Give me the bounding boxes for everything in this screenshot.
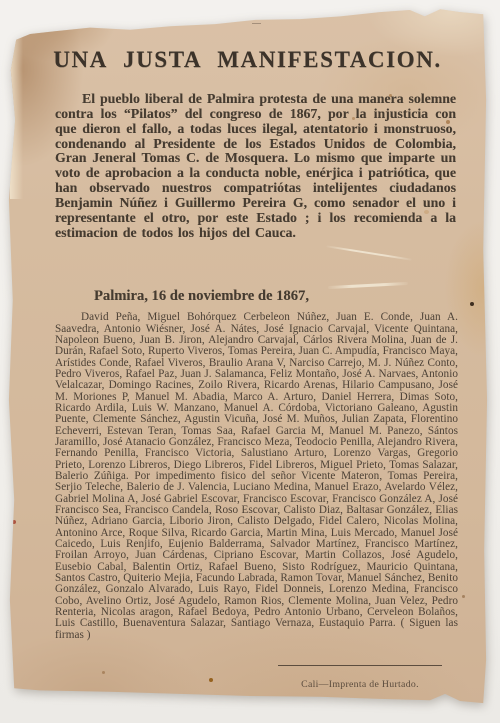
foxing-spot bbox=[12, 520, 16, 524]
broadside-paper: UNA JUSTA MANIFESTACION. El pueblo liber… bbox=[6, 5, 489, 713]
foxing-spot bbox=[209, 678, 213, 682]
foxing-spot bbox=[102, 671, 105, 674]
handwritten-mark bbox=[252, 18, 261, 24]
paper-shadow-wrapper: UNA JUSTA MANIFESTACION. El pueblo liber… bbox=[0, 0, 500, 723]
impediment-note: Por impedimento fisico del señor Vicente… bbox=[55, 470, 458, 629]
imprint-divider bbox=[278, 665, 442, 666]
foxing-spot bbox=[470, 302, 474, 306]
foxing-spot bbox=[462, 595, 465, 598]
dateline: Palmira, 16 de noviembre de 1867, bbox=[94, 288, 309, 305]
printer-imprint: Cali—Imprenta de Hurtado. bbox=[258, 679, 462, 690]
document-title: UNA JUSTA MANIFESTACION. bbox=[6, 47, 489, 73]
scratch-mark bbox=[326, 245, 411, 261]
foxing-spot bbox=[352, 117, 355, 120]
signatories-paragraph: David Peña, Miguel Bohórquez Cerbeleon N… bbox=[55, 312, 458, 641]
signatories-list: David Peña, Miguel Bohórquez Cerbeleon N… bbox=[55, 311, 458, 482]
scratch-mark bbox=[328, 282, 408, 289]
proclamation-paragraph: El pueblo liberal de Palmira protesta de… bbox=[55, 92, 456, 241]
foxing-spot bbox=[446, 120, 450, 124]
foxing-spot bbox=[389, 94, 392, 97]
foxing-spot bbox=[424, 210, 429, 214]
photo-background: { "colors": { "photo_background": "#f2f0… bbox=[0, 0, 500, 723]
